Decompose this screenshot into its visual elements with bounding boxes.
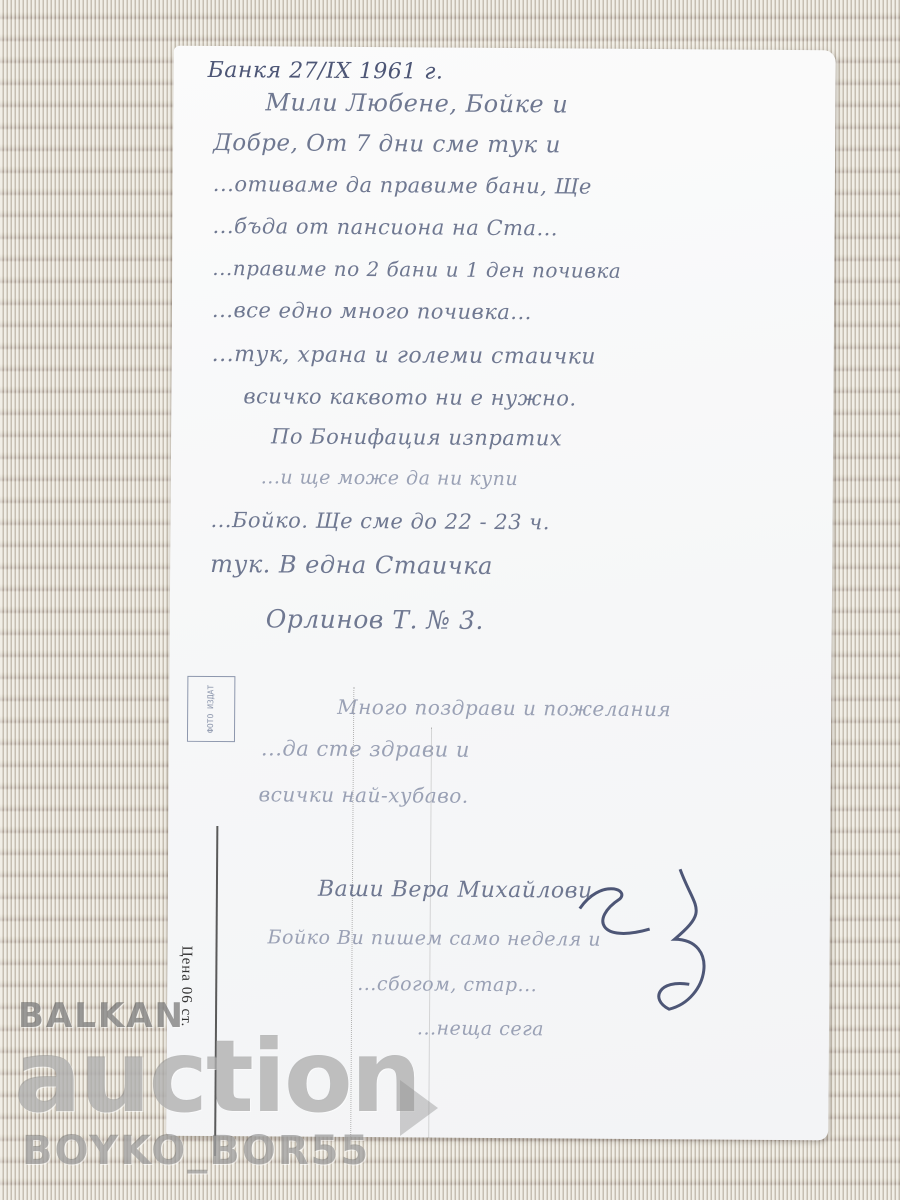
handwritten-line: Мили Любене, Бойке и (265, 88, 568, 118)
handwritten-line: ...правиме по 2 бани и 1 ден почивка (212, 256, 621, 283)
handwritten-line: ...тук, храна и големи стаички (212, 342, 597, 370)
watermark-username: BOYKO_BOR55 (22, 1128, 370, 1174)
watermark-brand-main: auction (14, 1018, 420, 1135)
handwritten-line: Бойко Ви пишем само неделя и (268, 926, 602, 950)
postcard: Банкя 27/IX 1961 г. Мили Любене, Бойке и… (166, 46, 836, 1141)
handwritten-line: ...и ще може да ни купи (261, 466, 518, 490)
handwritten-line: ...неща сега (417, 1017, 544, 1040)
handwritten-line: тук. В една Стаичка (210, 550, 493, 580)
handwritten-line: ...Бойко. Ще сме до 22 - 23 ч. (210, 508, 550, 534)
handwritten-line: По Бонифация изпратих (271, 424, 562, 450)
handwritten-line: ...все едно много почивка... (212, 298, 532, 324)
handwritten-line: Добре, От 7 дни сме тук и (213, 130, 561, 158)
handwritten-line: всички най-хубаво. (259, 782, 469, 807)
publisher-stamp: ФОТО ИЗДАТ (187, 676, 235, 742)
handwritten-line: ...бъда от пансиона на Ста... (212, 214, 558, 240)
signature-text: Ваши Вера Михайлови (318, 877, 593, 904)
handwritten-line: ...сбогом, стар... (357, 973, 537, 996)
handwritten-line: всичко каквото ни е нужно. (243, 384, 576, 410)
postcard-date: Банкя 27/IX 1961 г. (208, 58, 444, 85)
handwritten-line: Много поздрави и пожелания (337, 695, 671, 721)
handwritten-line: Орлинов Т. № 3. (266, 604, 484, 635)
handwritten-line: ...отиваме да правиме бани, Ще (213, 172, 592, 199)
watermark-arrow-icon (400, 1080, 438, 1136)
handwritten-line: ...да сте здрави и (261, 736, 470, 761)
